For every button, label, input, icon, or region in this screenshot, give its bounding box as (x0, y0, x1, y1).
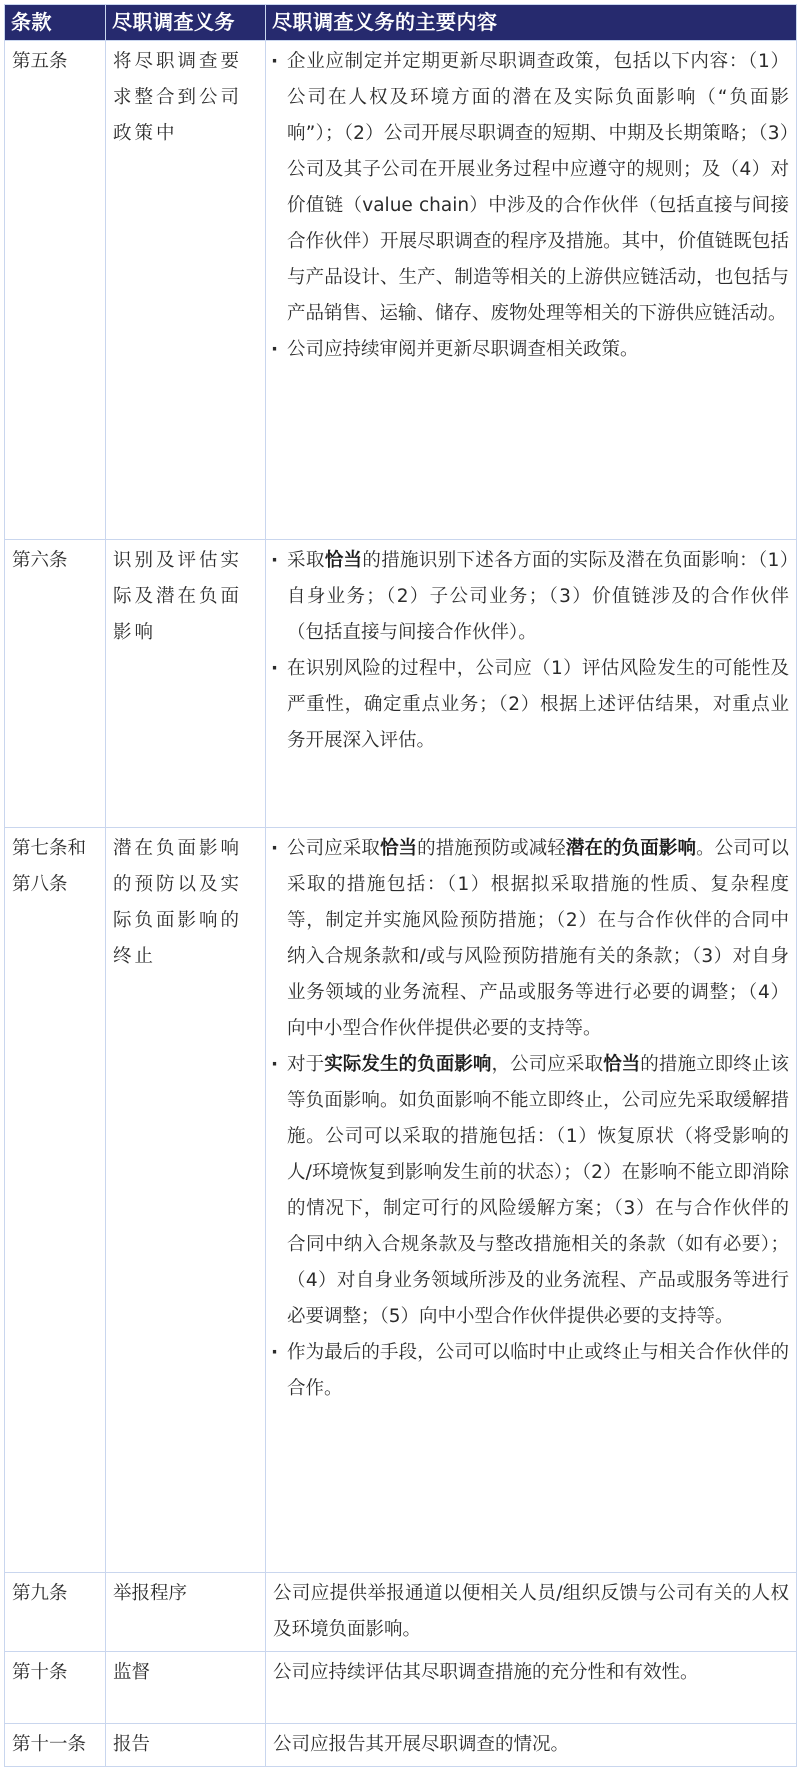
emphasis-text: 恰当 (603, 1054, 640, 1075)
table-body: 第五条 将尽职调查要求整合到公司政策中 企业应制定并定期更新尽职调查政策，包括以… (5, 41, 797, 1722)
content-cell: 公司应提供举报通道以便相关人员/组织反馈与公司有关的人权及环境负面影响。 (266, 1573, 797, 1652)
text-segment: 企业应制定并定期更新尽职调查政策，包括以下内容：（1）公司在人权及环境方面的潜在… (287, 51, 789, 324)
header-obligation: 尽职调查义务 (106, 5, 266, 41)
table-header-row: 条款 尽职调查义务 尽职调查义务的主要内容 (5, 5, 797, 41)
obligation-cell: 潜在负面影响的预防以及实际负面影响的终止 (106, 828, 266, 1573)
text-segment: 采取 (287, 550, 325, 571)
content-cell: 企业应制定并定期更新尽职调查政策，包括以下内容：（1）公司在人权及环境方面的潜在… (266, 41, 797, 540)
table-row: 第十条 监督 公司应持续评估其尽职调查措施的充分性和有效性。 (5, 1652, 797, 1722)
table-row: 第七条和第八条 潜在负面影响的预防以及实际负面影响的终止 公司应采取恰当的措施预… (5, 828, 797, 1573)
table-row: 第九条 举报程序 公司应提供举报通道以便相关人员/组织反馈与公司有关的人权及环境… (5, 1573, 797, 1652)
content-cell: 公司应采取恰当的措施预防或减轻潜在的负面影响。公司可以采取的措施包括：（1）根据… (266, 828, 797, 1573)
article-cell: 第六条 (5, 540, 106, 828)
emphasis-text: 恰当 (325, 550, 363, 571)
emphasis-text: 潜在的负面影响 (566, 838, 696, 859)
bullet-list: 采取恰当的措施识别下述各方面的实际及潜在负面影响：（1）自身业务；（2）子公司业… (273, 543, 789, 759)
obligation-cell: 监督 (106, 1652, 266, 1722)
emphasis-text: 实际发生的负面影响 (324, 1054, 491, 1075)
article-cell: 第十条 (5, 1652, 106, 1722)
article-cell: 第九条 (5, 1573, 106, 1652)
bullet-list: 企业应制定并定期更新尽职调查政策，包括以下内容：（1）公司在人权及环境方面的潜在… (273, 44, 789, 368)
article-cell: 第五条 (5, 41, 106, 540)
article-cell: 第七条和第八条 (5, 828, 106, 1573)
emphasis-text: 恰当 (380, 838, 417, 859)
bullet-list: 公司应采取恰当的措施预防或减轻潜在的负面影响。公司可以采取的措施包括：（1）根据… (273, 831, 789, 1407)
bullet-item: 公司应采取恰当的措施预防或减轻潜在的负面影响。公司可以采取的措施包括：（1）根据… (273, 831, 789, 1047)
text-segment: 对于 (287, 1054, 324, 1075)
obligation-cell: 举报程序 (106, 1573, 266, 1652)
obligation-cell: 将尽职调查要求整合到公司政策中 (106, 41, 266, 540)
header-content: 尽职调查义务的主要内容 (266, 5, 797, 41)
due-diligence-table: 条款 尽职调查义务 尽职调查义务的主要内容 第五条 将尽职调查要求整合到公司政策… (4, 4, 797, 1721)
text-segment: 的措施识别下述各方面的实际及潜在负面影响：（1）自身业务；（2）子公司业务；（3… (287, 550, 789, 643)
text-segment: 。公司可以采取的措施包括：（1）根据拟采取措施的性质、复杂程度等，制定并实施风险… (287, 838, 789, 1039)
table-row: 第五条 将尽职调查要求整合到公司政策中 企业应制定并定期更新尽职调查政策，包括以… (5, 41, 797, 540)
content-cell: 采取恰当的措施识别下述各方面的实际及潜在负面影响：（1）自身业务；（2）子公司业… (266, 540, 797, 828)
text-segment: 的措施预防或减轻 (417, 838, 566, 859)
table-row: 第六条 识别及评估实际及潜在负面影响 采取恰当的措施识别下述各方面的实际及潜在负… (5, 540, 797, 828)
header-article: 条款 (5, 5, 106, 41)
text-segment: ，公司应采取 (492, 1054, 604, 1075)
bullet-item: 企业应制定并定期更新尽职调查政策，包括以下内容：（1）公司在人权及环境方面的潜在… (273, 44, 789, 332)
text-segment: 公司应采取 (287, 838, 380, 859)
obligation-cell: 识别及评估实际及潜在负面影响 (106, 540, 266, 828)
text-segment: 公司应持续审阅并更新尽职调查相关政策。 (287, 339, 639, 360)
content-cell: 公司应持续评估其尽职调查措施的充分性和有效性。 (266, 1652, 797, 1722)
text-segment: 的措施立即终止该等负面影响。如负面影响不能立即终止，公司应先采取缓解措施。公司可… (287, 1054, 789, 1327)
bullet-item: 采取恰当的措施识别下述各方面的实际及潜在负面影响：（1）自身业务；（2）子公司业… (273, 543, 789, 651)
bullet-item: 在识别风险的过程中，公司应（1）评估风险发生的可能性及严重性，确定重点业务；（2… (273, 651, 789, 759)
bullet-item: 作为最后的手段，公司可以临时中止或终止与相关合作伙伴的合作。 (273, 1335, 789, 1407)
bullet-item: 公司应持续审阅并更新尽职调查相关政策。 (273, 332, 789, 368)
text-segment: 在识别风险的过程中，公司应（1）评估风险发生的可能性及严重性，确定重点业务；（2… (287, 658, 789, 751)
bullet-item: 对于实际发生的负面影响，公司应采取恰当的措施立即终止该等负面影响。如负面影响不能… (273, 1047, 789, 1335)
text-segment: 作为最后的手段，公司可以临时中止或终止与相关合作伙伴的合作。 (287, 1342, 789, 1399)
